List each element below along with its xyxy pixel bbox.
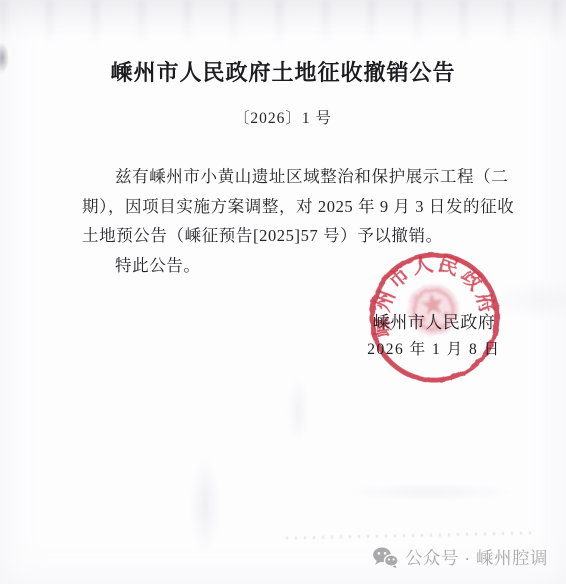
scanned-announcement-document: 嵊州市人民政府土地征收撤销公告 〔2026〕1 号 兹有嵊州市小黄山遗址区域整治… bbox=[0, 0, 566, 584]
signature-date: 2026 年 1 月 8 日 bbox=[314, 337, 554, 359]
body-line: 兹有嵊州市小黄山遗址区域整治和保护展示工程（二 bbox=[82, 162, 514, 192]
publisher-watermark: 公众号 · 嵊州腔调 bbox=[372, 545, 548, 570]
signature-issuer: 嵊州市人民政府 bbox=[314, 308, 554, 333]
scan-smudge bbox=[286, 531, 534, 539]
wechat-icon bbox=[372, 546, 399, 569]
watermark-label: 公众号 · 嵊州腔调 bbox=[405, 545, 548, 570]
document-number: 〔2026〕1 号 bbox=[0, 106, 566, 128]
body-line: 期），因项目实施方案调整，对 2025 年 9 月 3 日发的征收 bbox=[82, 192, 514, 222]
scan-texture bbox=[0, 0, 566, 46]
document-title: 嵊州市人民政府土地征收撤销公告 bbox=[0, 56, 566, 87]
